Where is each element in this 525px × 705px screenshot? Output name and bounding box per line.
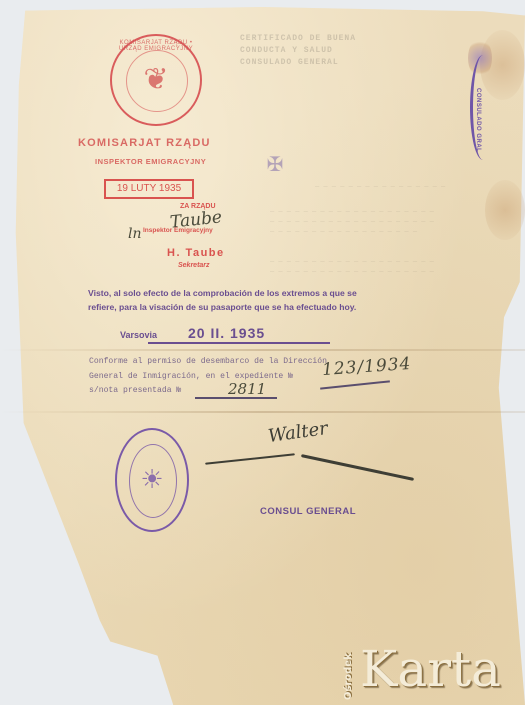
coat-of-arms-icon: ☀: [117, 464, 187, 494]
eagle-icon: ❦: [112, 62, 200, 98]
office-subtitle: INSPEKTOR EMIGRACYJNY: [95, 157, 206, 166]
faded-stamp-icon: ✠: [258, 148, 292, 182]
faint-typed-text: _ _ _ _ _ _ _ _ _ _ _ _ _ _ _ _ _ _ _ __…: [270, 255, 480, 275]
consul-title: CONSUL GENERAL: [260, 506, 356, 517]
argentine-consulate-seal: ☀: [115, 428, 189, 532]
paper-fold: [0, 349, 525, 351]
faint-typed-text: _ _ _ _ _ _ _ _ _ _ _ _ _ _ _ _: [315, 180, 475, 190]
paper-fold: [0, 411, 525, 413]
visto-paragraph: Visto, al solo efecto de la comprobación…: [88, 287, 358, 314]
place-date: 20 II. 1935: [188, 325, 265, 341]
date-stamp: 19 LUTY 1935: [104, 179, 194, 199]
polish-eagle-seal: KOMISARJAT RZĄDU • URZĄD EMIGRACYJNY ❦: [110, 34, 202, 126]
paper-stain: [485, 180, 525, 240]
side-stamp-text: CONSULADO GRAL: [475, 88, 481, 152]
partial-seal-arc: [470, 55, 496, 160]
date-underline: [148, 342, 330, 344]
official-role: Sekretarz: [178, 262, 210, 269]
nota-underline: [195, 397, 277, 399]
office-title: KOMISARJAT RZĄDU: [78, 137, 211, 149]
official-name: H. Taube: [167, 247, 225, 259]
nota-number: 2811: [228, 380, 266, 398]
karta-watermark: Karta: [360, 642, 501, 696]
faint-typed-text: _ _ _ _ _ _ _ _ _ _ _ _ _ _ _ _ _ _ _ __…: [270, 205, 480, 235]
handwritten-initials: ln: [128, 226, 142, 242]
faint-header-text: CERTIFICADO DE BUENA CONDUCTA Y SALUD CO…: [240, 33, 380, 69]
place-label: Varsovia: [120, 330, 157, 340]
document-paper: [0, 0, 525, 705]
inspektor-label: Inspektor Emigracyjny: [143, 227, 213, 234]
watermark-prefix: Ośrodek: [343, 650, 357, 700]
